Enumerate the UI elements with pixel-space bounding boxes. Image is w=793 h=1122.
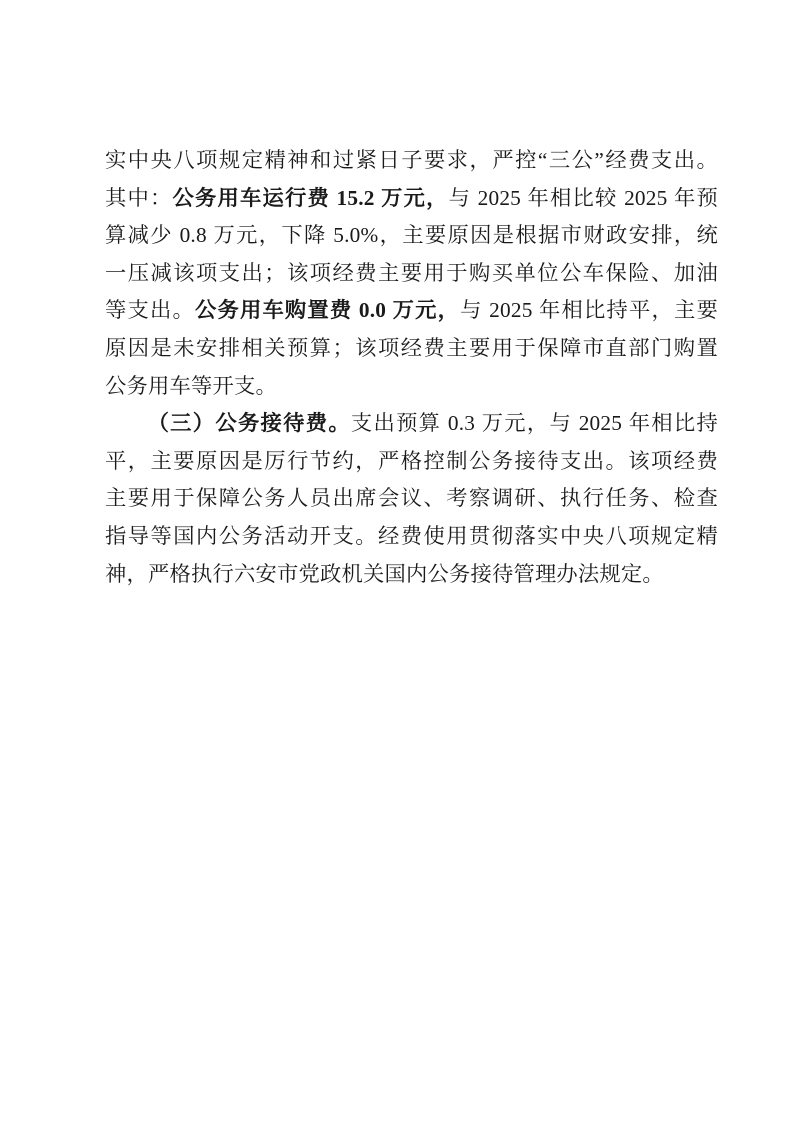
- text-run: 支出预算 0.3 万元，与 2025 年相比持: [351, 411, 718, 435]
- text-line: 主要用于保障公务人员出席会议、考察调研、执行任务、检查: [105, 480, 718, 518]
- text-line: （三）公务接待费。支出预算 0.3 万元，与 2025 年相比持: [105, 405, 718, 443]
- bold-text-run: （三）公务接待费。: [148, 411, 351, 435]
- text-run: 主要用于保障公务人员出席会议、考察调研、执行任务、检查: [105, 486, 718, 510]
- text-line: 平，主要原因是厉行节约，严格控制公务接待支出。该项经费: [105, 443, 718, 481]
- text-run: 等支出。: [105, 298, 195, 322]
- text-run: 与 2025 年相比较 2025 年预: [449, 186, 718, 210]
- text-line: 其中：公务用车运行费 15.2 万元，与 2025 年相比较 2025 年预: [105, 180, 718, 218]
- text-line: 公务用车等开支。: [105, 368, 718, 406]
- bold-text-run: 公务用车运行费 15.2 万元，: [173, 186, 449, 210]
- text-line: 一压减该项支出；该项经费主要用于购买单位公车保险、加油: [105, 255, 718, 293]
- text-line: 原因是未安排相关预算；该项经费主要用于保障市直部门购置: [105, 330, 718, 368]
- text-line: 指导等国内公务活动开支。经费使用贯彻落实中央八项规定精: [105, 518, 718, 556]
- document-page: 实中央八项规定精神和过紧日子要求，严控“三公”经费支出。其中：公务用车运行费 1…: [0, 0, 793, 1122]
- text-run: 公务用车等开支。: [105, 374, 277, 398]
- text-run: 一压减该项支出；该项经费主要用于购买单位公车保险、加油: [105, 261, 718, 285]
- text-line: 等支出。公务用车购置费 0.0 万元，与 2025 年相比持平，主要: [105, 292, 718, 330]
- text-run: 实中央八项规定精神和过紧日子要求，严控“三公”经费支出。: [105, 148, 718, 172]
- text-line: 神，严格执行六安市党政机关国内公务接待管理办法规定。: [105, 556, 718, 594]
- text-run: 其中：: [105, 186, 173, 210]
- text-block: 实中央八项规定精神和过紧日子要求，严控“三公”经费支出。其中：公务用车运行费 1…: [105, 142, 718, 593]
- text-line: 算减少 0.8 万元，下降 5.0%，主要原因是根据市财政安排，统: [105, 217, 718, 255]
- text-run: 原因是未安排相关预算；该项经费主要用于保障市直部门购置: [105, 336, 718, 360]
- text-run: 神，严格执行六安市党政机关国内公务接待管理办法规定。: [105, 562, 664, 586]
- text-run: 指导等国内公务活动开支。经费使用贯彻落实中央八项规定精: [105, 524, 718, 548]
- text-run: 算减少 0.8 万元，下降 5.0%，主要原因是根据市财政安排，统: [105, 223, 718, 247]
- text-run: 与 2025 年相比持平，主要: [460, 298, 718, 322]
- bold-text-run: 公务用车购置费 0.0 万元，: [195, 298, 460, 322]
- text-run: 平，主要原因是厉行节约，严格控制公务接待支出。该项经费: [105, 449, 718, 473]
- text-line: 实中央八项规定精神和过紧日子要求，严控“三公”经费支出。: [105, 142, 718, 180]
